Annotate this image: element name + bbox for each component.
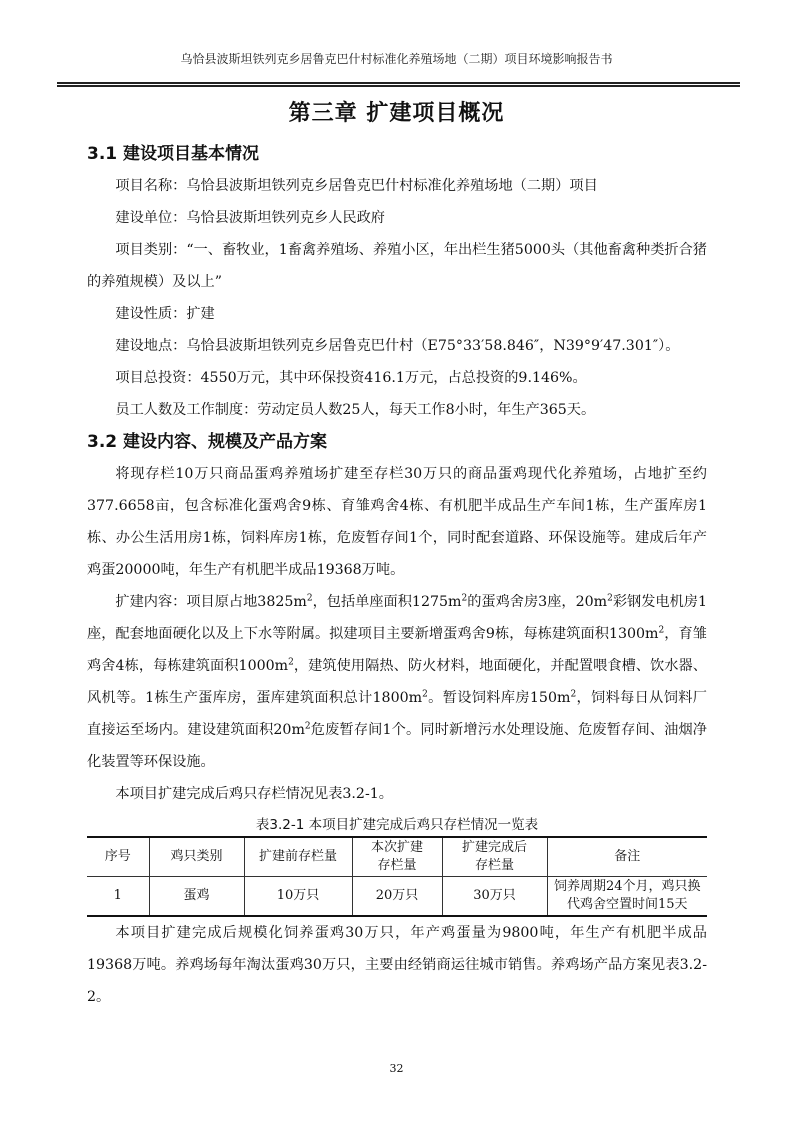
construction-nature-paragraph: 建设性质：扩建 (87, 298, 707, 330)
project-name-paragraph: 项目名称：乌恰县波斯坦铁列克乡居鲁克巴什村标准化养殖场地（二期）项目 (87, 170, 707, 202)
cell-before: 10万只 (244, 877, 352, 917)
staffing-paragraph: 员工人数及工作制度：劳动定员人数25人，每天工作8小时，年生产365天。 (87, 394, 707, 426)
header-cell-added: 本次扩建存栏量 (352, 837, 442, 877)
page-body: 3.1 建设项目基本情况 项目名称：乌恰县波斯坦铁列克乡居鲁克巴什村标准化养殖场… (87, 138, 707, 1013)
expansion-content-paragraph: 扩建内容：项目原占地3825m2，包括单座面积1275m2的蛋鸡舍房3座，20m… (87, 586, 707, 778)
cell-note: 饲养周期24个月，鸡只换代鸡舍空置时间15天 (547, 877, 707, 917)
header-cell-after: 扩建完成后存栏量 (442, 837, 547, 877)
location-paragraph: 建设地点：乌恰县波斯坦铁列克乡居鲁克巴什村（E75°33′58.846″，N39… (87, 330, 707, 362)
header-double-rule (57, 82, 740, 87)
cell-after: 30万只 (442, 877, 547, 917)
chapter-title: 第三章 扩建项目概况 (0, 96, 793, 127)
project-category-paragraph: 项目类别：“一、畜牧业，1畜禽养殖场、养殖小区，年出栏生猪5000头（其他畜禽种… (87, 234, 707, 298)
header-cell-note: 备注 (547, 837, 707, 877)
header-cell-no: 序号 (87, 837, 149, 877)
section-heading-3-2: 3.2 建设内容、规模及产品方案 (87, 426, 707, 458)
table-caption: 表3.2-1 本项目扩建完成后鸡只存栏情况一览表 (87, 814, 707, 836)
investment-paragraph: 项目总投资：4550万元，其中环保投资416.1万元，占总投资的9.146%。 (87, 362, 707, 394)
header-cell-type: 鸡只类别 (149, 837, 244, 877)
expansion-overview-paragraph: 将现存栏10万只商品蛋鸡养殖场扩建至存栏30万只的商品蛋鸡现代化养殖场，占地扩至… (87, 458, 707, 586)
table-header-row: 序号 鸡只类别 扩建前存栏量 本次扩建存栏量 扩建完成后存栏量 备注 (87, 837, 707, 877)
running-header: 乌恰县波斯坦铁列克乡居鲁克巴什村标准化养殖场地（二期）项目环境影响报告书 (0, 50, 793, 67)
chicken-stock-table: 序号 鸡只类别 扩建前存栏量 本次扩建存栏量 扩建完成后存栏量 备注 1 蛋鸡 … (87, 836, 707, 917)
section-heading-3-1: 3.1 建设项目基本情况 (87, 138, 707, 170)
product-plan-paragraph: 本项目扩建完成后规模化饲养蛋鸡30万只，年产鸡蛋量为9800吨，年生产有机肥半成… (87, 917, 707, 1013)
cell-added: 20万只 (352, 877, 442, 917)
cell-type: 蛋鸡 (149, 877, 244, 917)
page-number: 32 (0, 1062, 793, 1075)
cell-no: 1 (87, 877, 149, 917)
table-row: 1 蛋鸡 10万只 20万只 30万只 饲养周期24个月，鸡只换代鸡舍空置时间1… (87, 877, 707, 917)
header-cell-before: 扩建前存栏量 (244, 837, 352, 877)
builder-paragraph: 建设单位：乌恰县波斯坦铁列克乡人民政府 (87, 202, 707, 234)
table-reference-paragraph: 本项目扩建完成后鸡只存栏情况见表3.2-1。 (87, 778, 707, 810)
